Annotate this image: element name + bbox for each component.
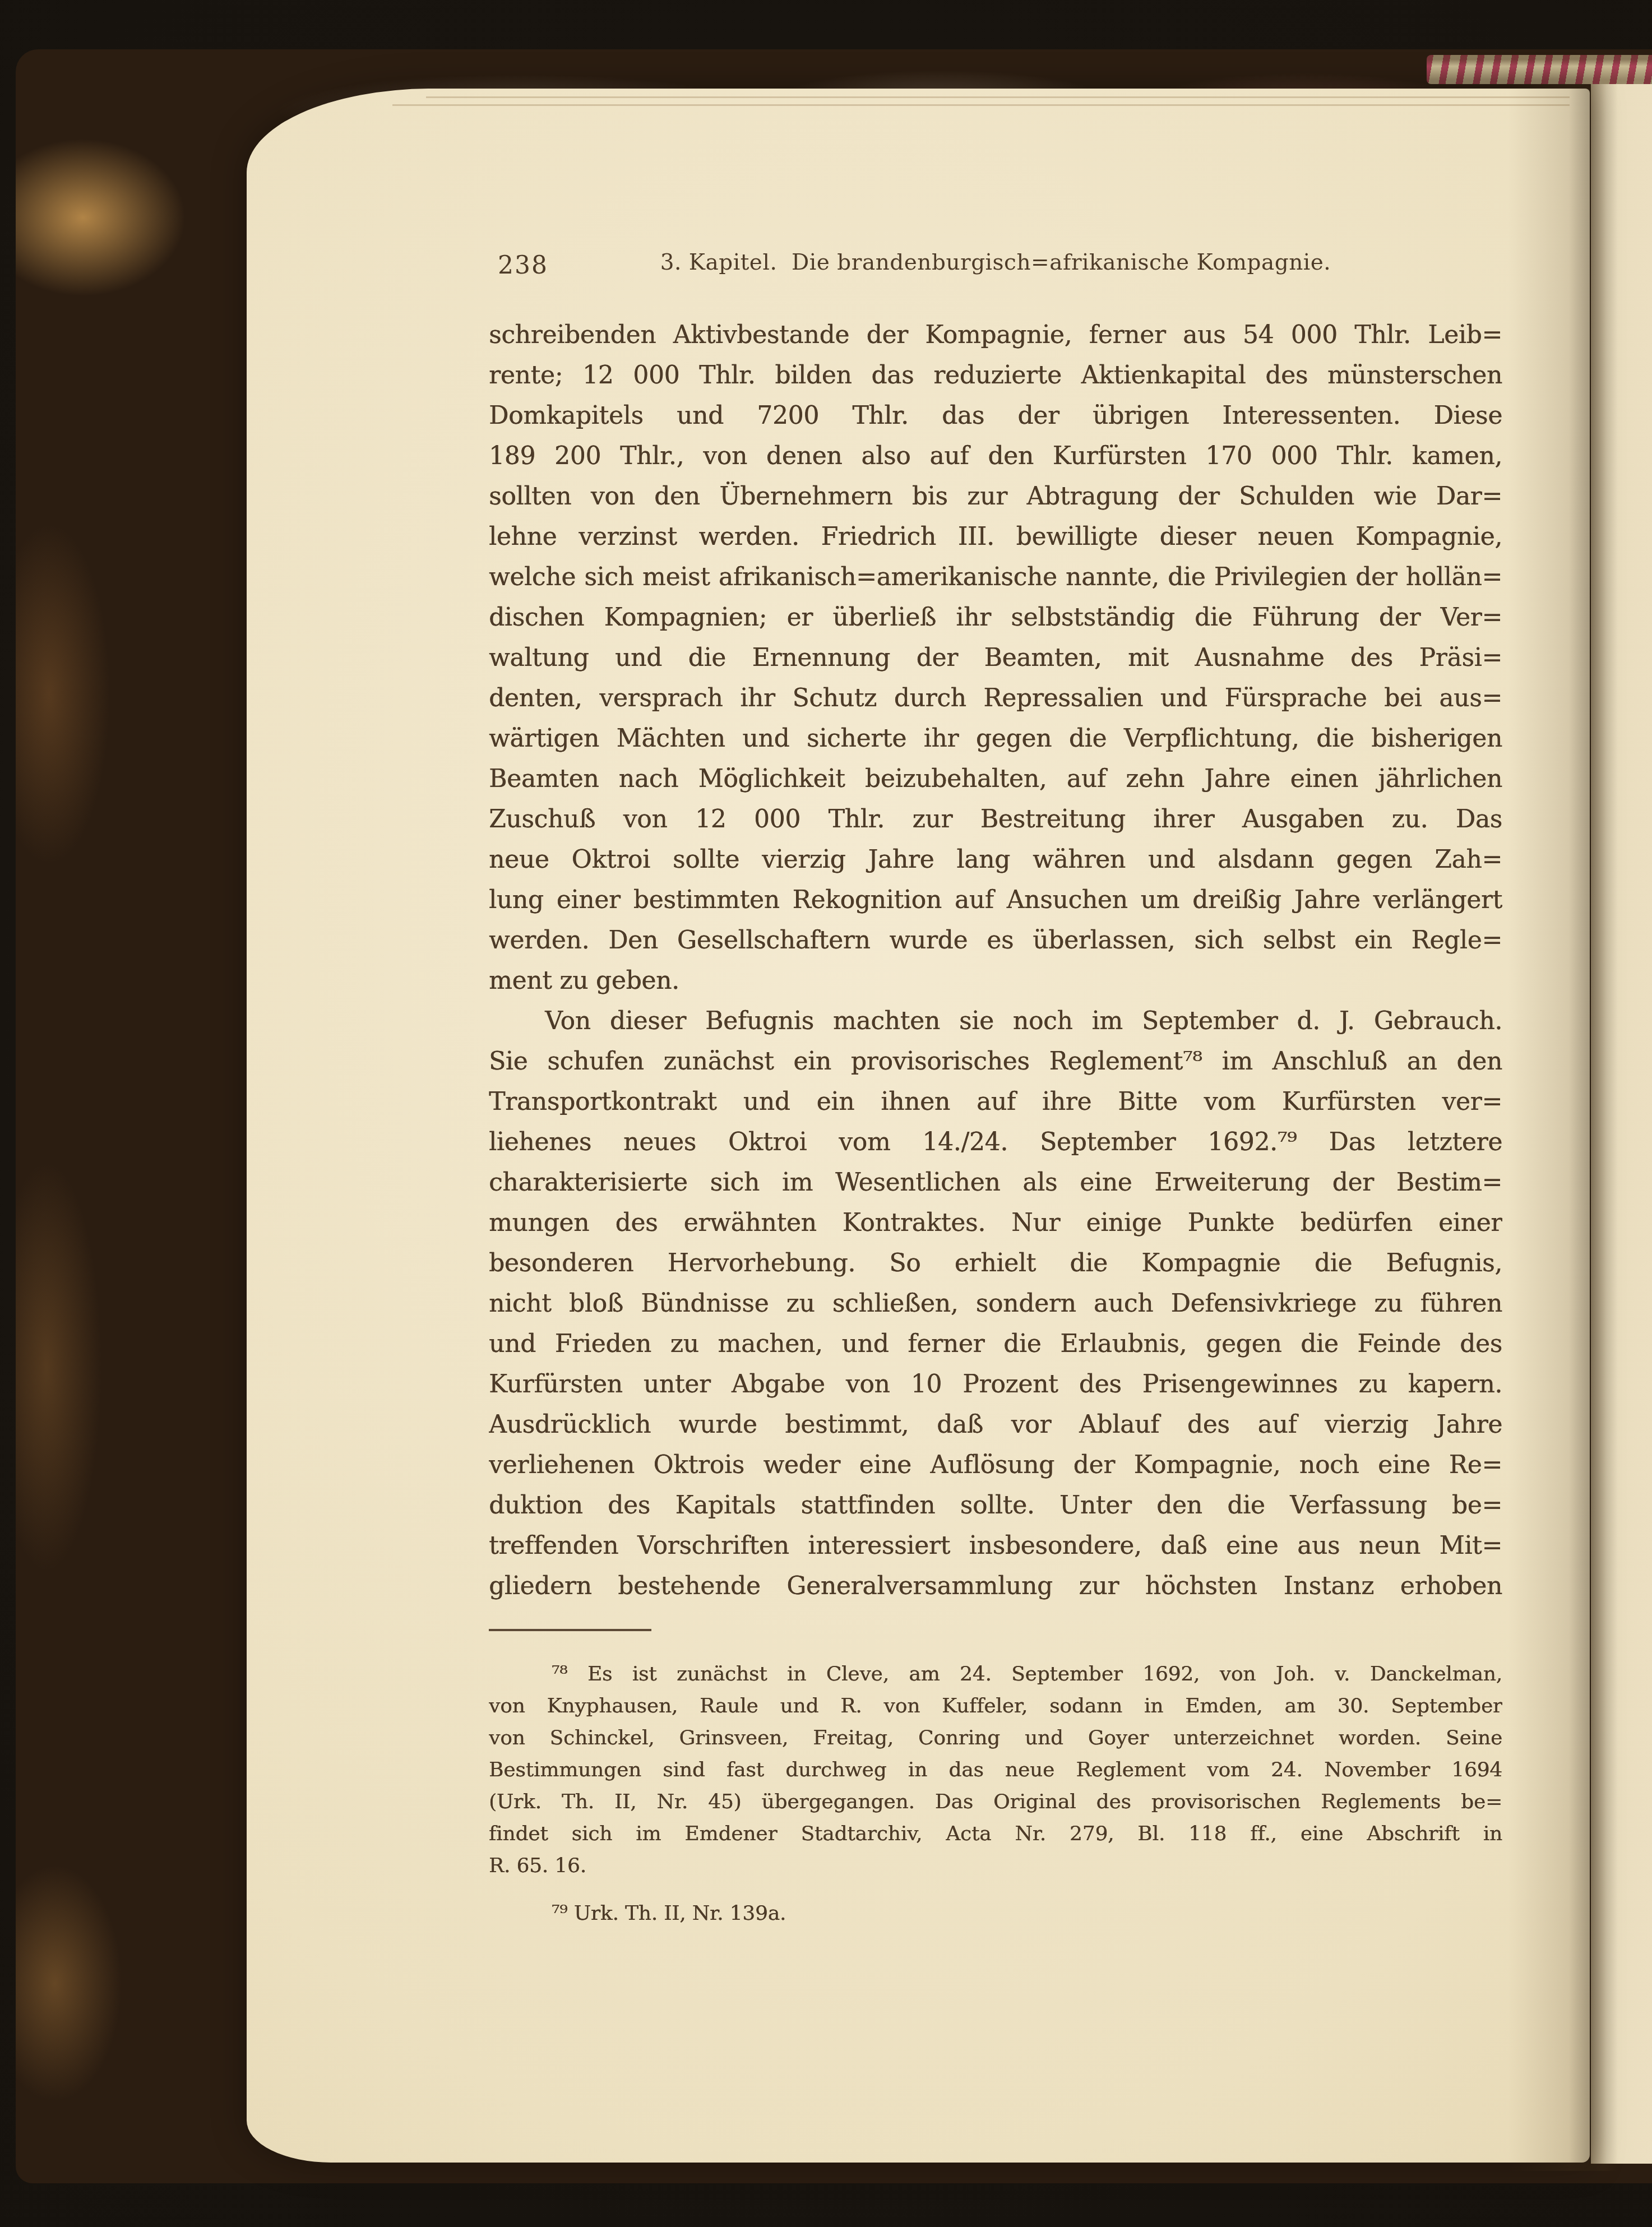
body-line: besonderen Hervorhebung. So erhielt die … (489, 1243, 1502, 1284)
body-line: werden. Den Gesellschaftern wurde es übe… (489, 920, 1502, 961)
body-line: und Frieden zu machen, und ferner die Er… (489, 1324, 1502, 1364)
body-line: Sie schufen zunächst ein provisorisches … (489, 1041, 1502, 1082)
body-line: rente; 12 000 Thlr. bilden das reduziert… (489, 355, 1502, 396)
body-text: schreibenden Aktivbestande der Kompagnie… (489, 315, 1502, 1606)
body-line: Von dieser Befugnis machten sie noch im … (489, 1001, 1502, 1041)
body-line: Domkapitels und 7200 Thlr. das der übrig… (489, 396, 1502, 436)
body-line: denten, versprach ihr Schutz durch Repre… (489, 678, 1502, 719)
chapter-header: 3. Kapitel. Die brandenburgisch=afrikani… (489, 250, 1502, 275)
body-line: welche sich meist afrikanisch=amerikanis… (489, 557, 1502, 598)
body-line: waltung und die Ernennung der Beamten, m… (489, 638, 1502, 678)
body-line: ment zu geben. (489, 961, 1502, 1001)
footnote-78-line: Bestimmungen sind fast durchweg in das n… (489, 1754, 1502, 1786)
body-line: dischen Kompagnien; er überließ ihr selb… (489, 598, 1502, 638)
footnotes: ⁷⁸ Es ist zunächst in Cleve, am 24. Sept… (489, 1658, 1502, 1929)
body-line: Ausdrücklich wurde bestimmt, daß vor Abl… (489, 1405, 1502, 1445)
body-line: Beamten nach Möglichkeit beizubehalten, … (489, 759, 1502, 799)
footnote-78-line: (Urk. Th. II, Nr. 45) übergegangen. Das … (489, 1786, 1502, 1818)
footnote-79-line: ⁷⁹ Urk. Th. II, Nr. 139a. (489, 1897, 1502, 1929)
body-line: gliedern bestehende Generalversammlung z… (489, 1566, 1502, 1606)
footnote-78-line: von Knyphausen, Raule und R. von Kuffele… (489, 1690, 1502, 1722)
body-line: liehenes neues Oktroi vom 14./24. Septem… (489, 1122, 1502, 1163)
body-line: lung einer bestimmten Rekognition auf An… (489, 880, 1502, 920)
page-number: 238 (498, 251, 548, 280)
footnote-78-line: ⁷⁸ Es ist zunächst in Cleve, am 24. Sept… (489, 1658, 1502, 1690)
footnote-78-line: R. 65. 16. (489, 1850, 1502, 1882)
body-line: verliehenen Oktrois weder eine Auflösung… (489, 1445, 1502, 1485)
photo-background: 238 3. Kapitel. Die brandenburgisch=afri… (0, 0, 1652, 2227)
body-line: nicht bloß Bündnisse zu schließen, sonde… (489, 1284, 1502, 1324)
body-line: Kurfürsten unter Abgabe von 10 Prozent d… (489, 1364, 1502, 1405)
body-line: charakterisierte sich im Wesentlichen al… (489, 1163, 1502, 1203)
body-line: mungen des erwähnten Kontraktes. Nur ein… (489, 1203, 1502, 1243)
footnote-78-line: von Schinckel, Grinsveen, Freitag, Conri… (489, 1722, 1502, 1754)
body-line: Zuschuß von 12 000 Thlr. zur Bestreitung… (489, 799, 1502, 840)
footnote-rule (489, 1629, 651, 1631)
page-content: 238 3. Kapitel. Die brandenburgisch=afri… (489, 0, 1502, 2227)
body-line: Transportkontrakt und ein ihnen auf ihre… (489, 1082, 1502, 1122)
body-line: sollten von den Übernehmern bis zur Abtr… (489, 476, 1502, 517)
body-line: lehne verzinst werden. Friedrich III. be… (489, 517, 1502, 557)
body-line: wärtigen Mächten und sicherte ihr gegen … (489, 719, 1502, 759)
footnote-78-line: findet sich im Emdener Stadtarchiv, Acta… (489, 1818, 1502, 1850)
body-line: schreibenden Aktivbestande der Kompagnie… (489, 315, 1502, 355)
running-header: 238 3. Kapitel. Die brandenburgisch=afri… (489, 250, 1502, 284)
body-line: neue Oktroi sollte vierzig Jahre lang wä… (489, 840, 1502, 880)
body-line: treffenden Vorschriften interessiert ins… (489, 1526, 1502, 1566)
gutter-shadow (1508, 84, 1652, 2171)
body-line: duktion des Kapitals stattfinden sollte.… (489, 1485, 1502, 1526)
body-line: 189 200 Thlr., von denen also auf den Ku… (489, 436, 1502, 476)
